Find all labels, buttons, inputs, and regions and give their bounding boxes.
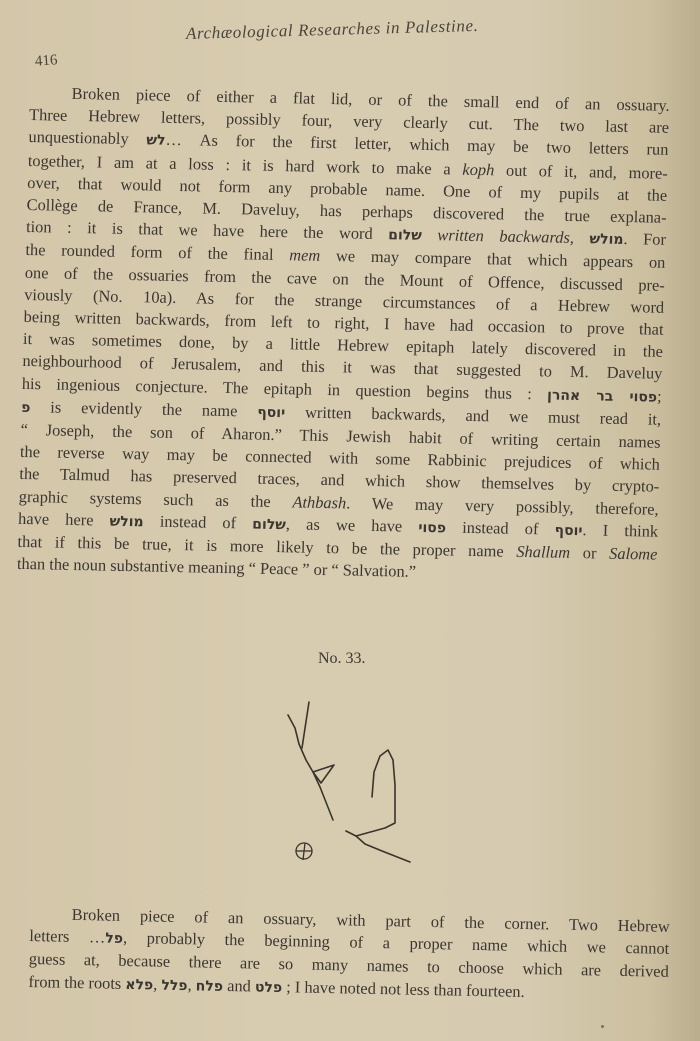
- hebrew-word: לש: [146, 133, 166, 149]
- hebrew-word: שלום: [252, 516, 286, 533]
- running-head: Archæological Researches in Palestine.: [186, 16, 479, 44]
- book-page: Archæological Researches in Palestine. 4…: [0, 0, 700, 1041]
- paragraph-no-33-commentary: Broken piece of an ossuary, with part of…: [28, 903, 670, 1007]
- hebrew-word: פלא: [125, 977, 153, 994]
- figure-label: No. 33.: [318, 650, 366, 668]
- hebrew-word: פ: [21, 400, 31, 416]
- hebrew-word: שלום: [388, 227, 422, 244]
- hebrew-word: פסוי בר אהרן: [547, 387, 657, 405]
- letter-lamed-stroke: [356, 750, 395, 836]
- circled-cross-mark: [296, 843, 312, 860]
- hebrew-word: מולש: [589, 231, 623, 248]
- hebrew-word: יוסף: [554, 522, 582, 539]
- hebrew-word: יוסף: [257, 404, 285, 421]
- letter-lamed-tail: [346, 831, 410, 862]
- italic-term: Shallum: [516, 542, 570, 562]
- inscription-facsimile: [240, 680, 440, 880]
- hebrew-word: פסוי: [418, 520, 446, 537]
- page-number: 416: [34, 52, 58, 71]
- hebrew-word: פל: [105, 931, 123, 947]
- paper-speck: [601, 1025, 604, 1028]
- italic-term: written backwards: [437, 225, 570, 247]
- hebrew-word: מולש: [109, 514, 143, 531]
- letter-pe-stroke: [302, 702, 309, 748]
- italic-term: Salome: [609, 544, 658, 564]
- hebrew-word: פלל: [161, 977, 187, 994]
- hebrew-word: פלח: [196, 978, 224, 995]
- hebrew-word: פלט: [255, 979, 283, 996]
- italic-term: mem: [289, 246, 320, 266]
- paragraph-no-32-commentary: Broken piece of either a flat lid, or of…: [17, 82, 670, 588]
- italic-term: koph: [462, 159, 494, 179]
- italic-term: Athbash: [292, 492, 346, 512]
